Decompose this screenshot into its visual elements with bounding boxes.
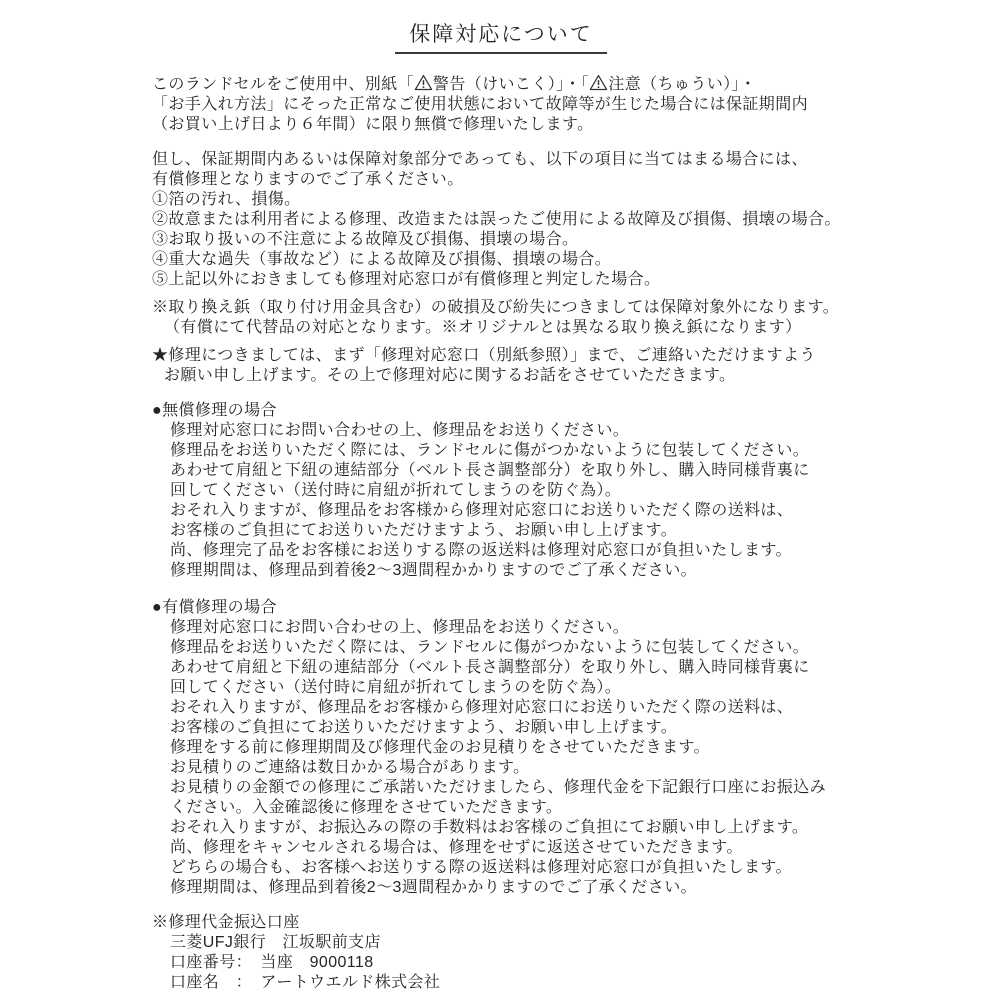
bank-account-section: ※修理代金振込口座 三菱UFJ銀行 江坂駅前支店 口座番号： 当座 900011… [152, 913, 880, 993]
bank-account-name: 口座名 ： アートウエルド株式会社 [152, 973, 880, 993]
paid-repair-line: お見積りのご連絡は数日かかる場合があります。 [152, 758, 880, 778]
rivet-note-line-2: （有償にて代替品の対応となります。※オリジナルとは異なる取り換え鋲になります） [152, 318, 880, 338]
intro-line-1-seg-3: 注意（ちゅうい）」・ [608, 76, 756, 93]
paid-repair-line: どちらの場合も、お客様へお送りする際の返送料は修理対応窓口が負担いたします。 [152, 858, 880, 878]
free-repair-line: お客様のご負担にてお送りいただけますよう、お願い申し上げます。 [152, 521, 880, 541]
paid-repair-line: おそれ入りますが、修理品をお客様から修理対応窓口にお送りいただく際の送料は、 [152, 698, 880, 718]
paid-repair-heading: ●有償修理の場合 [152, 598, 880, 618]
paid-conditions-section: 但し、保証期間内あるいは保障対象部分であっても、以下の項目に当てはまる場合には、… [152, 150, 880, 290]
paid-repair-line: お見積りの金額での修理にご承諾いただけましたら、修理代金を下記銀行口座にお振込み [152, 778, 880, 798]
intro-line-2: 「お手入れ方法」にそった正常なご使用状態において故障等が生じた場合には保証期間内 [152, 95, 880, 115]
intro-line-3: （お買い上げ日より６年間）に限り無償で修理いたします。 [152, 115, 880, 135]
paid-repair-line: 修理期間は、修理品到着後2～3週間程かかりますのでご了承ください。 [152, 878, 880, 898]
rivet-note-section: ※取り換え鋲（取り付け用金具含む）の破損及び紛失につきましては保障対象外になりま… [152, 298, 880, 338]
paid-repair-line: 修理をする前に修理期間及び修理代金のお見積りをさせていただきます。 [152, 738, 880, 758]
free-repair-line: あわせて肩紐と下紐の連結部分（ベルト長さ調整部分）を取り外し、購入時同様背裏に [152, 461, 880, 481]
paid-conditions-item: ④重大な過失（事故など）による故障及び損傷、損壊の場合。 [152, 250, 880, 270]
contact-note-section: ★修理につきましては、まず「修理対応窓口（別紙参照）」まで、ご連絡いただけますよ… [152, 346, 880, 386]
contact-note-line-1: ★修理につきましては、まず「修理対応窓口（別紙参照）」まで、ご連絡いただけますよ… [152, 346, 880, 366]
free-repair-line: 修理期間は、修理品到着後2～3週間程かかりますのでご了承ください。 [152, 561, 880, 581]
paid-repair-line: 修理対応窓口にお問い合わせの上、修理品をお送りください。 [152, 618, 880, 638]
paid-repair-section: ●有償修理の場合 修理対応窓口にお問い合わせの上、修理品をお送りください。 修理… [152, 598, 880, 898]
intro-paragraph: このランドセルをご使用中、別紙「警告（けいこく）」・「注意（ちゅうい）」・ 「お… [152, 74, 880, 135]
paid-repair-line: あわせて肩紐と下紐の連結部分（ベルト長さ調整部分）を取り外し、購入時同様背裏に [152, 658, 880, 678]
paid-conditions-line-2: 有償修理となりますのでご了承ください。 [152, 170, 880, 190]
intro-line-1: このランドセルをご使用中、別紙「警告（けいこく）」・「注意（ちゅうい）」・ [152, 74, 880, 95]
contact-note-line-2: お願い申し上げます。その上で修理対応に関するお話をさせていただきます。 [152, 366, 880, 386]
intro-line-1-seg-1: このランドセルをご使用中、別紙「 [152, 76, 414, 93]
intro-line-1-seg-2: 警告（けいこく）」・「 [433, 76, 589, 93]
free-repair-line: 修理対応窓口にお問い合わせの上、修理品をお送りください。 [152, 421, 880, 441]
paid-repair-line: 修理品をお送りいただく際には、ランドセルに傷がつかないように包装してください。 [152, 638, 880, 658]
document-title: 保障対応について [395, 16, 607, 54]
paid-conditions-item: ⑤上記以外におきましても修理対応窓口が有償修理と判定した場合。 [152, 270, 880, 290]
free-repair-line: 修理品をお送りいただく際には、ランドセルに傷がつかないように包装してください。 [152, 441, 880, 461]
paid-conditions-item: ①箔の汚れ、損傷。 [152, 190, 880, 210]
paid-repair-line: 尚、修理をキャンセルされる場合は、修理をせずに返送させていただきます。 [152, 838, 880, 858]
title-block: 保障対応について [152, 16, 850, 54]
free-repair-line: 回してください（送付時に肩紐が折れてしまうのを防ぐ為）。 [152, 481, 880, 501]
free-repair-heading: ●無償修理の場合 [152, 401, 880, 421]
bank-branch: 三菱UFJ銀行 江坂駅前支店 [152, 933, 880, 953]
bank-section-heading: ※修理代金振込口座 [152, 913, 880, 933]
paid-repair-line: ください。入金確認後に修理をさせていただきます。 [152, 798, 880, 818]
paid-conditions-line-1: 但し、保証期間内あるいは保障対象部分であっても、以下の項目に当てはまる場合には、 [152, 150, 880, 170]
rivet-note-line-1: ※取り換え鋲（取り付け用金具含む）の破損及び紛失につきましては保障対象外になりま… [152, 298, 880, 318]
warranty-document-page: 保障対応について このランドセルをご使用中、別紙「警告（けいこく）」・「注意（ち… [0, 0, 1000, 1000]
paid-repair-line: お客様のご負担にてお送りいただけますよう、お願い申し上げます。 [152, 718, 880, 738]
paid-conditions-item: ③お取り扱いの不注意による故障及び損傷、損壊の場合。 [152, 230, 880, 250]
free-repair-section: ●無償修理の場合 修理対応窓口にお問い合わせの上、修理品をお送りください。 修理… [152, 401, 880, 581]
bank-account-number: 口座番号： 当座 9000118 [152, 953, 880, 973]
warning-triangle-icon [414, 74, 433, 91]
warning-triangle-icon [589, 74, 608, 91]
free-repair-line: 尚、修理完了品をお客様にお送りする際の返送料は修理対応窓口が負担いたします。 [152, 541, 880, 561]
paid-repair-line: おそれ入りますが、お振込みの際の手数料はお客様のご負担にてお願い申し上げます。 [152, 818, 880, 838]
paid-conditions-item: ②故意または利用者による修理、改造または誤ったご使用による故障及び損傷、損壊の場… [152, 210, 880, 230]
free-repair-line: おそれ入りますが、修理品をお客様から修理対応窓口にお送りいただく際の送料は、 [152, 501, 880, 521]
paid-repair-line: 回してください（送付時に肩紐が折れてしまうのを防ぐ為）。 [152, 678, 880, 698]
